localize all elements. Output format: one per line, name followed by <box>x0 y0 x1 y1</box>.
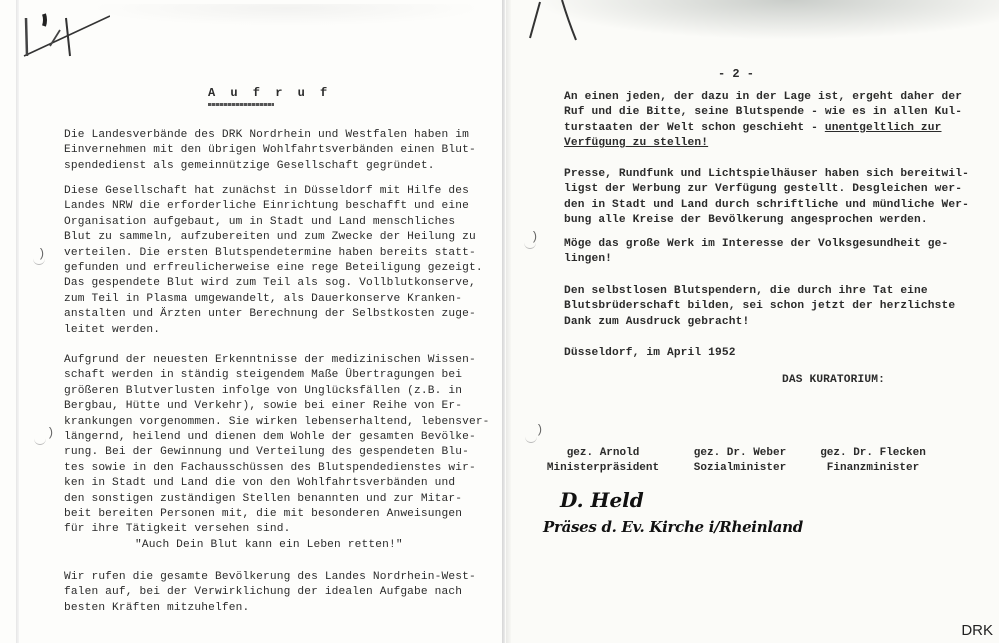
paragraph-press: Presse, Rundfunk und Lichtspielhäuser ha… <box>564 167 969 229</box>
signatory-name: gez. Arnold <box>543 446 663 461</box>
handwritten-title: Präses d. Ev. Kirche i/Rheinland <box>543 518 803 536</box>
margin-mark: ) <box>536 423 543 437</box>
paragraph-4: Wir rufen die gesamte Bevölkerung des La… <box>64 570 476 616</box>
watermark-label: DRK <box>961 622 993 639</box>
appeal-underlined: unentgeltlich zur <box>825 122 942 134</box>
paragraph-2: Diese Gesellschaft hat zunächst in Düsse… <box>64 184 483 338</box>
signatory-3: gez. Dr. FleckenFinanzminister <box>813 446 933 476</box>
paragraph-3: Aufgrund der neuesten Erkenntnisse der m… <box>64 353 490 538</box>
signatory-name: gez. Dr. Flecken <box>813 446 933 461</box>
title-underline <box>208 103 274 106</box>
board-heading: DAS KURATORIUM: <box>782 373 885 388</box>
punch-hole-mark <box>525 430 537 443</box>
page-number: - 2 - <box>718 67 754 81</box>
signatory-role: Ministerpräsident <box>543 461 663 476</box>
paragraph-wish: Möge das große Werk im Interesse der Vol… <box>564 237 948 268</box>
punch-hole-mark <box>33 252 45 265</box>
document-page-right: - 2 - An einen jeden, der dazu in der La… <box>505 0 999 643</box>
margin-mark: ) <box>47 426 54 440</box>
scan-smudge <box>90 4 483 26</box>
slogan-quote: "Auch Dein Blut kann ein Leben retten!" <box>135 538 403 553</box>
page-edge <box>16 0 19 643</box>
page-edge <box>506 0 511 643</box>
signatory-1: gez. ArnoldMinisterpräsident <box>543 446 663 476</box>
punch-hole-mark <box>524 236 536 249</box>
document-title: A u f r u f <box>208 86 331 100</box>
punch-hole-mark <box>34 432 46 445</box>
pen-mark-icon <box>20 8 110 58</box>
appeal-paragraph: An einen jeden, der dazu in der Lage ist… <box>564 90 962 152</box>
scan-smudge <box>535 0 999 40</box>
handwritten-signature: D. Held <box>560 488 644 512</box>
signatory-role: Sozialminister <box>680 461 800 476</box>
appeal-underlined: Verfügung zu stellen! <box>564 137 708 149</box>
paragraph-thanks: Den selbstlosen Blutspendern, die durch … <box>564 284 955 330</box>
document-page-left: A u f r u f Die Landesverbände des DRK N… <box>0 0 503 643</box>
signatory-2: gez. Dr. WeberSozialminister <box>680 446 800 476</box>
paragraph-1: Die Landesverbände des DRK Nordrhein und… <box>64 128 476 174</box>
place-date: Düsseldorf, im April 1952 <box>564 346 736 361</box>
pen-mark-icon <box>510 0 580 45</box>
signatory-name: gez. Dr. Weber <box>680 446 800 461</box>
signatory-role: Finanzminister <box>813 461 933 476</box>
